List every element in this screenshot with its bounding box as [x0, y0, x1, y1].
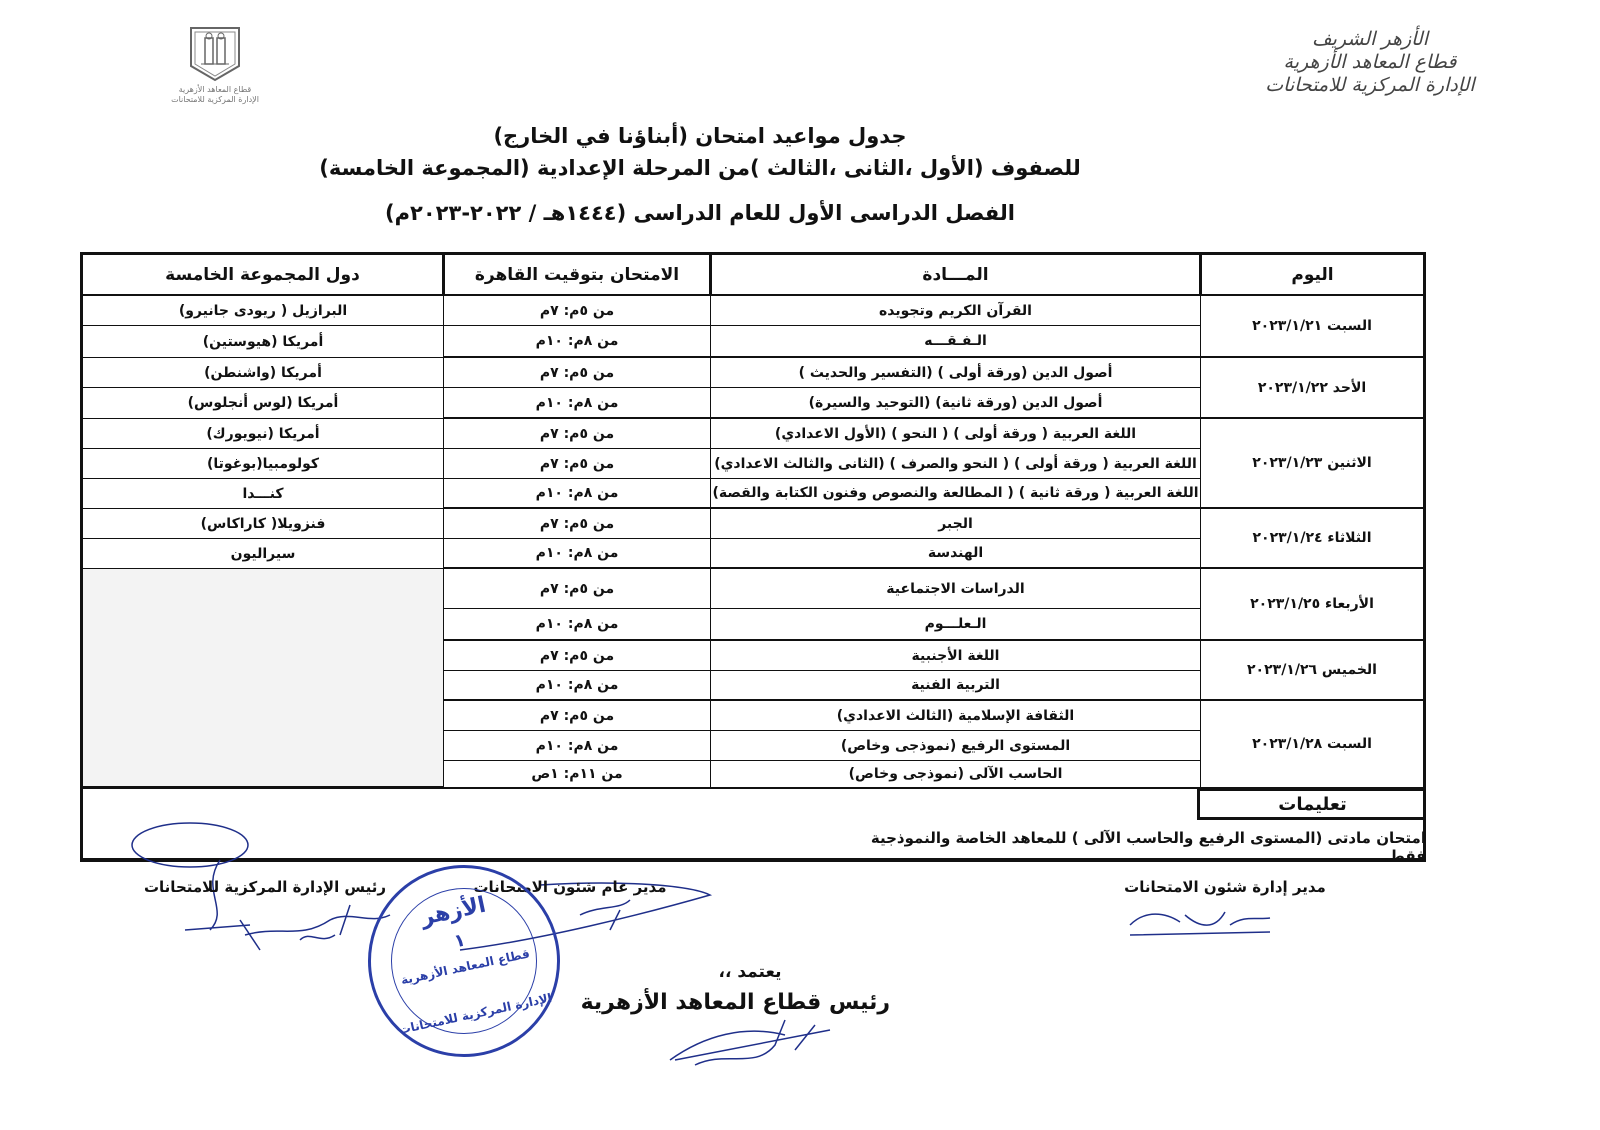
time-cell: من ٥م: ٧م — [443, 640, 711, 671]
time-cell: من ١١م: ١ص — [443, 760, 711, 789]
logo-caption-line-1: قطاع المعاهد الأزهرية — [150, 85, 280, 95]
day-cell: الأحد ٢٠٢٣/١/٢٢ — [1200, 357, 1426, 419]
letterhead-institution: الأزهر الشريف قطاع المعاهد الأزهرية الإد… — [1210, 28, 1530, 97]
country-cell: البرازيل ( ريودى جانيرو) — [80, 295, 444, 326]
subject-cell: التربية الفنية — [710, 670, 1201, 701]
subject-cell: الـعلـــوم — [710, 608, 1201, 641]
subject-cell: اللغة الأجنبية — [710, 640, 1201, 671]
country-cell: كولومبيا(بوغوتا) — [80, 448, 444, 479]
subject-cell: اللغة العربية ( ورقة أولى ) ( النحو والص… — [710, 448, 1201, 479]
subject-cell: الدراسات الاجتماعية — [710, 568, 1201, 609]
instructions-text: امتحان مادتى (المستوى الرفيع والحاسب الآ… — [830, 829, 1426, 865]
day-cell: الأربعاء ٢٠٢٣/١/٢٥ — [1200, 568, 1426, 641]
time-cell: من ٨م: ١٠م — [443, 670, 711, 701]
time-cell: من ٨م: ١٠م — [443, 478, 711, 509]
time-cell: من ٥م: ٧م — [443, 448, 711, 479]
instructions-label: تعليمات — [1197, 788, 1425, 820]
logo-caption: قطاع المعاهد الأزهرية الإدارة المركزية ل… — [150, 85, 280, 105]
header-day: اليوم — [1200, 252, 1426, 296]
subject-cell: اللغة العربية ( ورقة ثانية ) ( المطالعة … — [710, 478, 1201, 509]
letterhead-line-admin: الإدارة المركزية للامتحانات — [1210, 74, 1530, 97]
time-cell: من ٨م: ١٠م — [443, 608, 711, 641]
header-subject: المـــادة — [710, 252, 1201, 296]
time-cell: من ٨م: ١٠م — [443, 325, 711, 358]
time-cell: من ٥م: ٧م — [443, 357, 711, 388]
logo-caption-line-2: الإدارة المركزية للامتحانات — [150, 95, 280, 105]
subject-cell: اللغة العربية ( ورقة أولى ) ( النحو ) (ا… — [710, 418, 1201, 449]
country-cell: سيراليون — [80, 538, 444, 569]
country-cell: أمريكا (لوس أنجلوس) — [80, 387, 444, 419]
header-time: الامتحان بتوقيت القاهرة — [443, 252, 711, 296]
signature-scribble-right — [1125, 900, 1275, 940]
azhar-emblem-icon — [185, 24, 245, 82]
subject-cell: أصول الدين (ورقة ثانية) (التوحيد والسيرة… — [710, 387, 1201, 419]
time-cell: من ٨م: ١٠م — [443, 538, 711, 569]
document-title: جدول مواعيد امتحان (أبناؤنا في الخارج) ل… — [300, 122, 1100, 227]
title-line-2: للصفوف (الأول ،الثانى ،الثالث )من المرحل… — [300, 154, 1100, 182]
time-cell: من ٨م: ١٠م — [443, 730, 711, 761]
header-countries: دول المجموعة الخامسة — [80, 252, 444, 296]
country-cell: أمريكا (هيوستين) — [80, 325, 444, 358]
country-cell-empty-shaded — [80, 568, 444, 789]
day-cell: الاثنين ٢٠٢٣/١/٢٣ — [1200, 418, 1426, 509]
letterhead-line-sector: قطاع المعاهد الأزهرية — [1210, 51, 1530, 74]
azhar-logo: قطاع المعاهد الأزهرية الإدارة المركزية ل… — [150, 24, 280, 105]
subject-cell: المستوى الرفيع (نموذجى وخاص) — [710, 730, 1201, 761]
country-cell: أمريكا (نيويورك) — [80, 418, 444, 449]
day-cell: السبت ٢٠٢٣/١/٢١ — [1200, 295, 1426, 358]
day-cell: الخميس ٢٠٢٣/١/٢٦ — [1200, 640, 1426, 701]
subject-cell: الثقافة الإسلامية (الثالث الاعدادي) — [710, 700, 1201, 731]
title-line-3: الفصل الدراسى الأول للعام الدراسى (١٤٤٤ه… — [300, 199, 1100, 227]
country-cell: فنزويلا( كاراكاس) — [80, 508, 444, 539]
approver-title: رئيس قطاع المعاهد الأزهرية — [590, 990, 890, 1015]
subject-cell: الـفـقـــه — [710, 325, 1201, 358]
signature-scribble-approver — [665, 1010, 835, 1080]
subject-cell: القرآن الكريم وتجويده — [710, 295, 1201, 326]
country-cell: أمريكا (واشنطن) — [80, 357, 444, 388]
time-cell: من ٥م: ٧م — [443, 295, 711, 326]
day-cell: الثلاثاء ٢٠٢٣/١/٢٤ — [1200, 508, 1426, 569]
subject-cell: أصول الدين (ورقة أولى ) (التفسير والحديث… — [710, 357, 1201, 388]
subject-cell: الحاسب الآلى (نموذجى وخاص) — [710, 760, 1201, 789]
letterhead-line-azhar: الأزهر الشريف — [1210, 28, 1530, 51]
time-cell: من ٥م: ٧م — [443, 508, 711, 539]
time-cell: من ٥م: ٧م — [443, 418, 711, 449]
country-cell: كنـــدا — [80, 478, 444, 509]
approval-label: يعتمد ،، — [690, 962, 810, 982]
signature-title-central-admin-head: رئيس الإدارة المركزية للامتحانات — [125, 878, 405, 896]
subject-cell: الهندسة — [710, 538, 1201, 569]
time-cell: من ٥م: ٧م — [443, 568, 711, 609]
time-cell: من ٥م: ٧م — [443, 700, 711, 731]
title-line-1: جدول مواعيد امتحان (أبناؤنا في الخارج) — [300, 122, 1100, 150]
signature-title-exams-admin-manager: مدير إدارة شئون الامتحانات — [1120, 878, 1330, 896]
subject-cell: الجبر — [710, 508, 1201, 539]
day-cell: السبت ٢٠٢٣/١/٢٨ — [1200, 700, 1426, 789]
time-cell: من ٨م: ١٠م — [443, 387, 711, 419]
